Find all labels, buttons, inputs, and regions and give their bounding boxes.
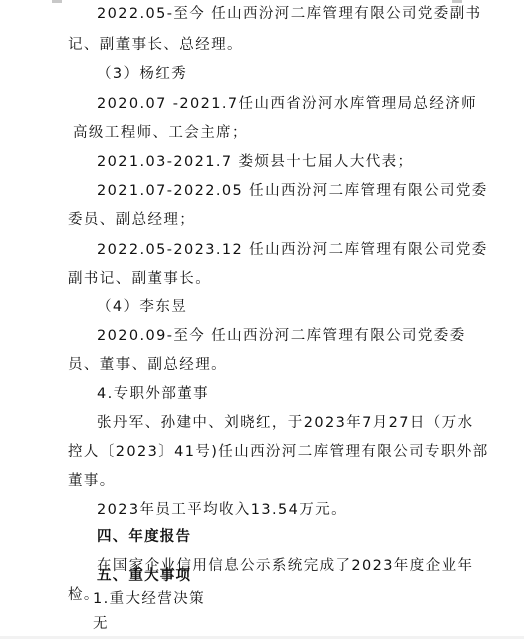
paragraph-line: 2022.05-至今 任山西汾河二库管理有限公司党委副书 [97, 4, 482, 24]
paragraph-line: 记、副董事长、总经理。 [68, 35, 243, 55]
section-subheading: 4.专职外部董事 [97, 384, 209, 404]
paragraph-line: 2022.05-2023.12 任山西汾河二库管理有限公司党委 [97, 240, 488, 260]
paragraph-line: 2020.07 -2021.7任山西省汾河水库管理局总经济师 [97, 94, 477, 114]
person-subheading: （3）杨红秀 [97, 64, 187, 84]
margin-corner-mark-left [52, 0, 62, 3]
section-subheading: 1.重大经营决策 [93, 589, 205, 609]
paragraph-line: 无 [93, 614, 109, 634]
margin-corner-mark-right [452, 0, 462, 3]
document-page: 2022.05-至今 任山西汾河二库管理有限公司党委副书 记、副董事长、总经理。… [0, 0, 524, 636]
section-heading: 五、重大事项 [97, 566, 191, 586]
paragraph-line: 2021.07-2022.05 任山西汾河二库管理有限公司党委 [97, 181, 488, 201]
paragraph-line: 张丹军、孙建中、刘晓红，于2023年7月27日（万水 [97, 413, 473, 433]
paragraph-line: 2020.09-至今 任山西汾河二库管理有限公司党委委 [97, 326, 466, 346]
paragraph-line: 员、董事、副总经理。 [68, 355, 227, 375]
paragraph-line: 委员、副总经理； [68, 210, 195, 230]
person-subheading: （4）李东昱 [97, 297, 187, 317]
paragraph-line: 高级工程师、工会主席； [73, 123, 248, 143]
paragraph-line: 副书记、副董事长。 [68, 269, 211, 289]
paragraph-line: 控人〔2023〕41号)任山西汾河二库管理有限公司专职外部 [68, 442, 489, 462]
section-heading: 四、年度报告 [97, 527, 191, 547]
paragraph-line: 2023年员工平均收入13.54万元。 [97, 500, 347, 520]
paragraph-line: 董事。 [68, 471, 116, 491]
paragraph-line: 2021.03-2021.7 娄烦县十七届人大代表； [97, 152, 413, 172]
